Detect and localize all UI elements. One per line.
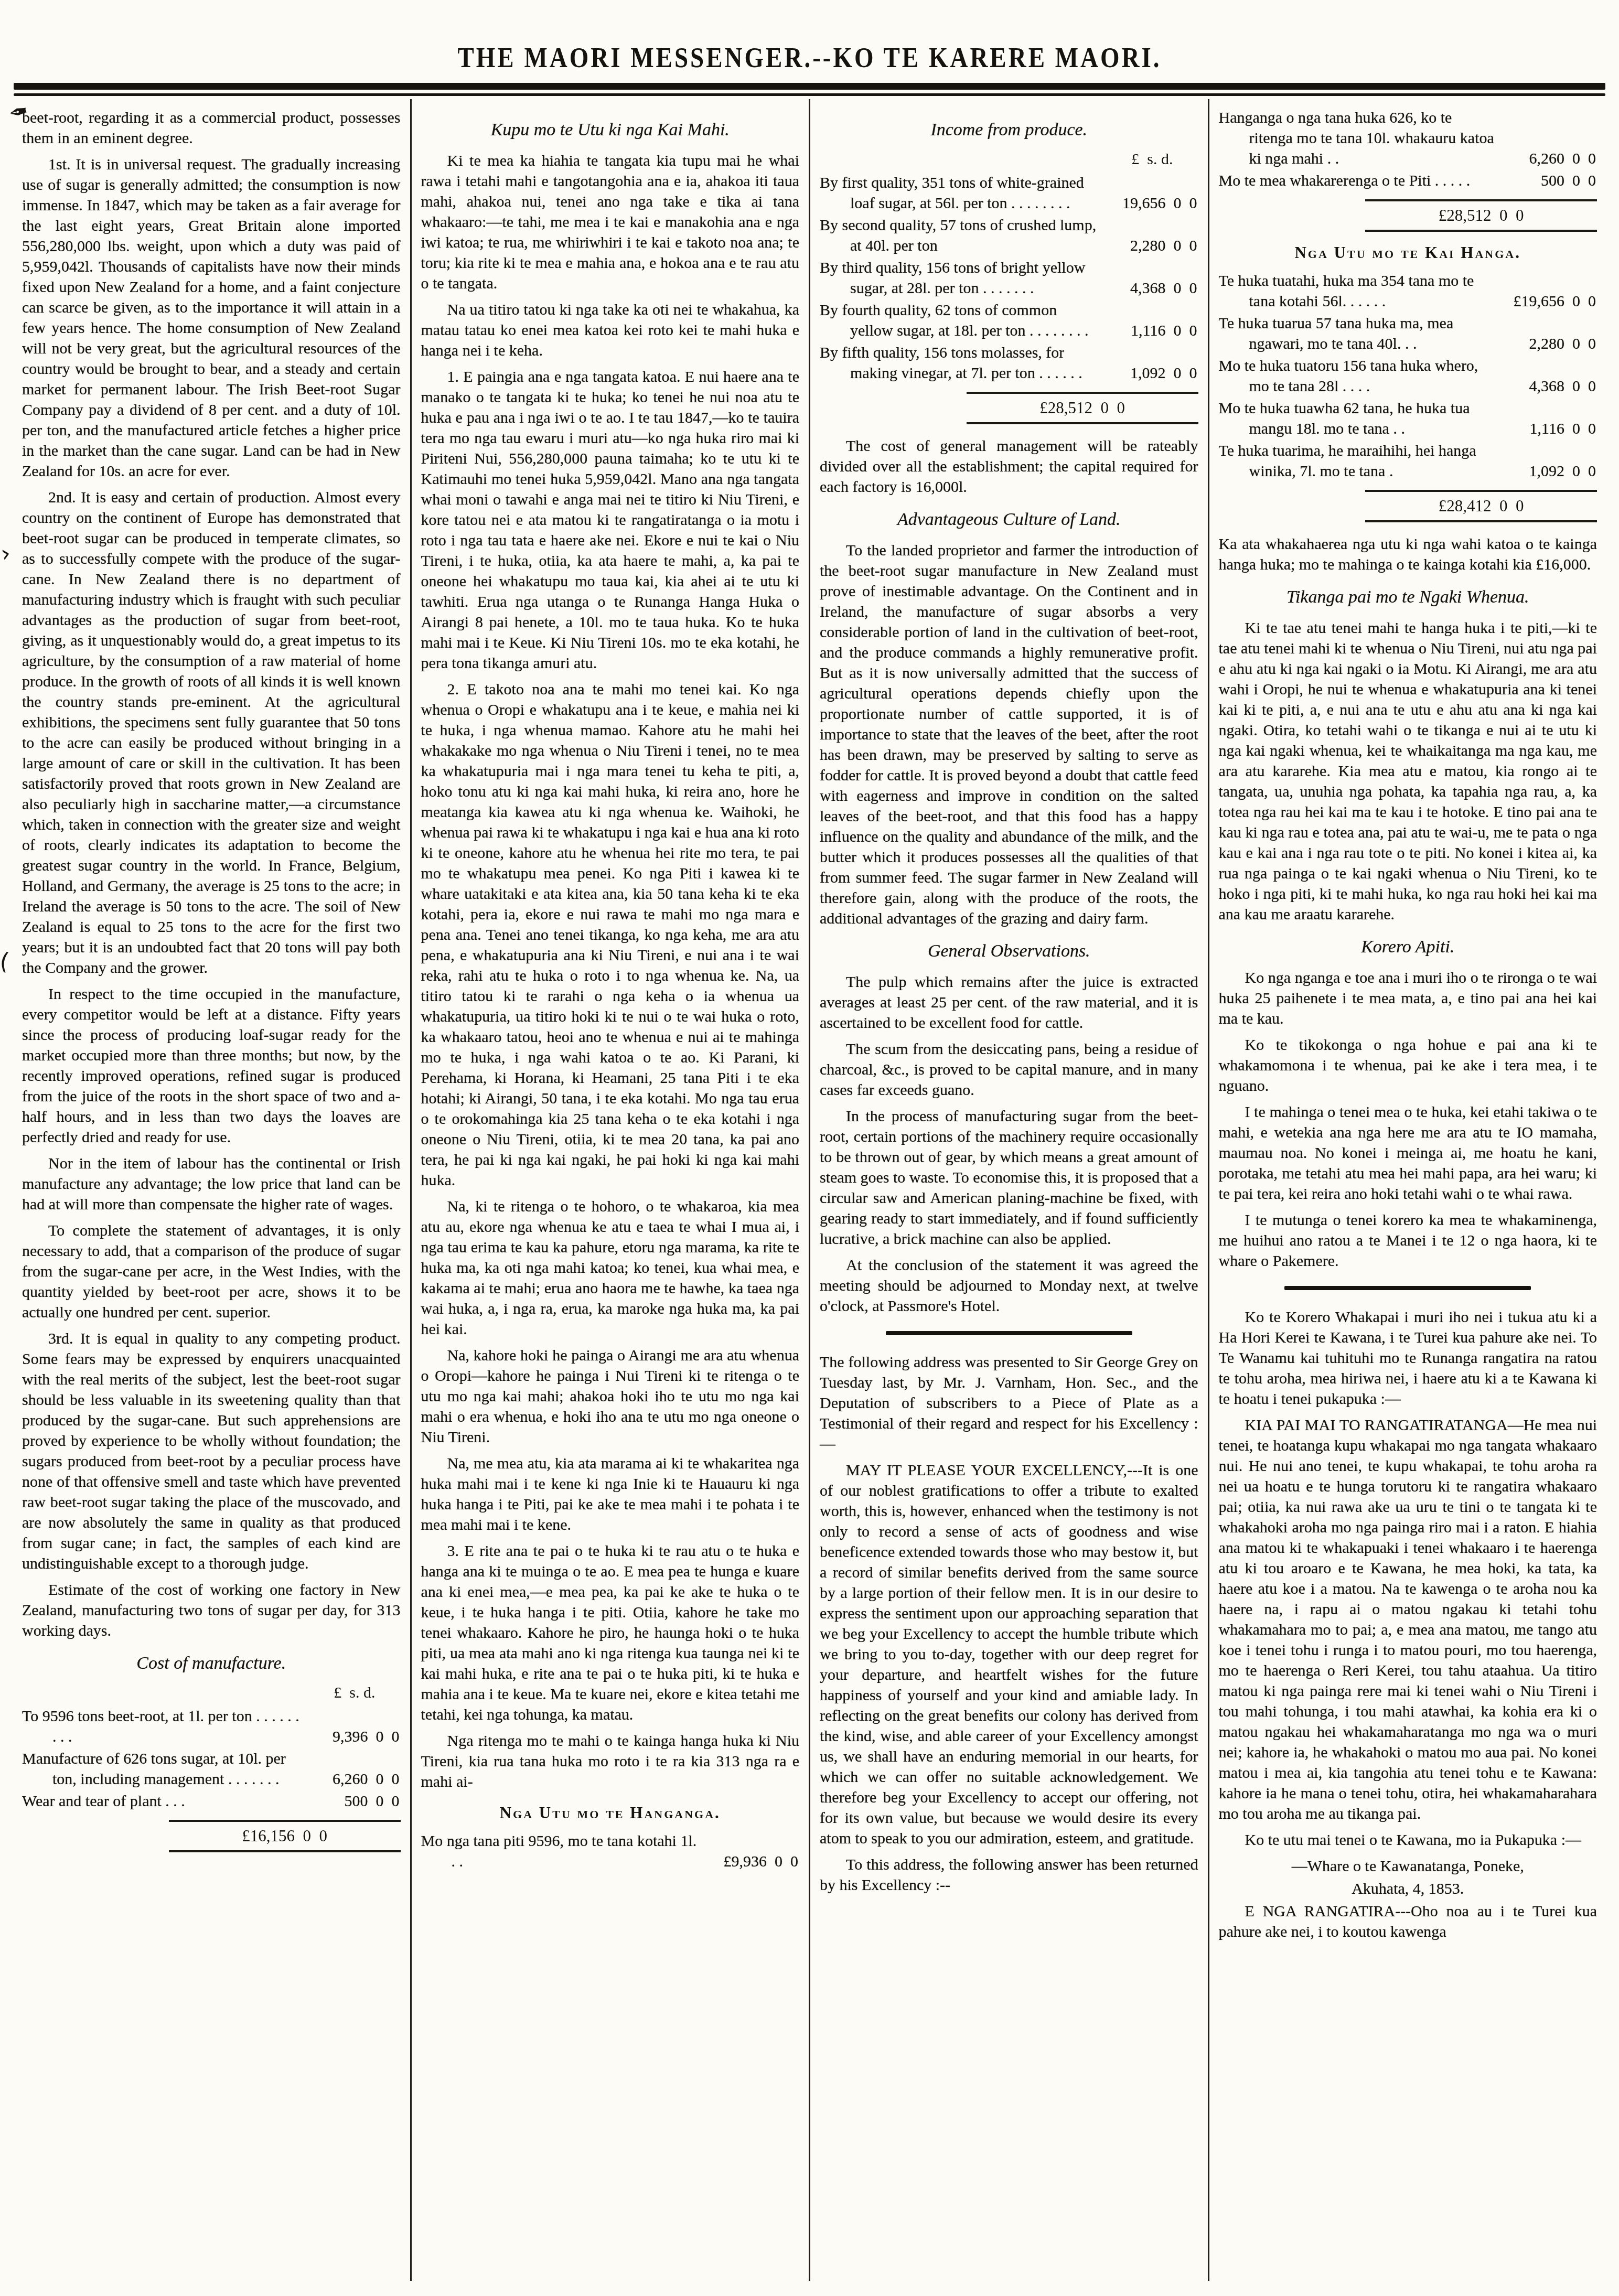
ledger-total: £28,512 0 0 bbox=[820, 392, 1198, 424]
paragraph: I te mutunga o tenei korero ka mea te wh… bbox=[1219, 1210, 1597, 1271]
ledger-row-amount: 9,396 0 0 bbox=[333, 1726, 400, 1747]
masthead-rule-thick bbox=[14, 83, 1605, 90]
paragraph: KIA PAI MAI TO RANGATIRATANGA—He mea nui… bbox=[1219, 1415, 1597, 1824]
paragraph: The cost of general management will be r… bbox=[820, 436, 1198, 497]
paragraph: Ki te tae atu tenei mahi te hanga huka i… bbox=[1219, 618, 1597, 925]
ledger-row: By third quality, 156 tons of bright yel… bbox=[820, 258, 1198, 298]
paragraph: Nga ritenga mo te mahi o te kainga hanga… bbox=[421, 1731, 800, 1792]
ledger-row-label: Te huka tuatahi, huka ma 354 tana mo te … bbox=[1219, 271, 1497, 312]
paragraph: The following address was presented to S… bbox=[820, 1352, 1198, 1454]
column-4: Hanganga o nga tana huka 626, ko te rite… bbox=[1208, 99, 1607, 2281]
ledger-total-amount: £28,412 0 0 bbox=[1365, 490, 1597, 522]
paragraph: MAY IT PLEASE YOUR EXCELLENCY,---It is o… bbox=[820, 1460, 1198, 1849]
ledger-row-amount: 1,116 0 0 bbox=[1530, 419, 1596, 439]
ledger-row-amount: 6,260 0 0 bbox=[1529, 148, 1596, 169]
newspaper-title: THE MAORI MESSENGER.--KO TE KARERE MAORI… bbox=[0, 41, 1619, 74]
masthead-rule-thin bbox=[14, 93, 1605, 96]
paragraph: 1st. It is in universal request. The gra… bbox=[22, 154, 401, 481]
paragraph: Nor in the item of labour has the contin… bbox=[22, 1153, 401, 1215]
ledger-row-label: Hanganga o nga tana huka 626, ko te rite… bbox=[1219, 108, 1497, 169]
ledger-row-label: By first quality, 351 tons of white-grai… bbox=[820, 173, 1098, 213]
section-heading: Income from produce. bbox=[820, 120, 1198, 140]
section-heading: Tikanga pai mo te Ngaki Whenua. bbox=[1219, 587, 1597, 607]
paragraph: E NGA RANGATIRA---Oho noa au i te Turei … bbox=[1219, 1901, 1597, 1942]
ledger-row-label: By fifth quality, 156 tons molasses, for… bbox=[820, 342, 1098, 383]
ledger-row-label: To 9596 tons beet-root, at 1l. per ton .… bbox=[22, 1706, 300, 1747]
column-2: Kupu mo te Utu ki nga Kai Mahi.Ki te mea… bbox=[410, 99, 809, 2281]
ledger-row: By fifth quality, 156 tons molasses, for… bbox=[820, 342, 1198, 383]
ledger-total: £28,512 0 0 bbox=[1219, 199, 1597, 232]
paragraph: The pulp which remains after the juice i… bbox=[820, 972, 1198, 1033]
section-divider bbox=[886, 1331, 1132, 1335]
ledger-row-label: By third quality, 156 tons of bright yel… bbox=[820, 258, 1098, 298]
ledger-row-amount: 4,368 0 0 bbox=[1130, 278, 1197, 298]
ledger-row-label: Mo nga tana piti 9596, mo te tana kotahi… bbox=[421, 1831, 699, 1872]
ledger-row: Te huka tuarua 57 tana huka ma, mea ngaw… bbox=[1219, 313, 1597, 354]
dateline: —Whare o te Kawanatanga, Poneke, bbox=[1219, 1856, 1597, 1876]
ledger-row-amount: 19,656 0 0 bbox=[1122, 193, 1197, 213]
ledger-row-amount: 500 0 0 bbox=[1541, 170, 1596, 191]
paragraph: The scum from the desiccating pans, bein… bbox=[820, 1039, 1198, 1100]
paragraph: In respect to the time occupied in the m… bbox=[22, 984, 401, 1147]
ledger-row-label: Manufacture of 626 tons sugar, at 10l. p… bbox=[22, 1748, 300, 1789]
paragraph: To complete the statement of advantages,… bbox=[22, 1220, 401, 1323]
section-heading: Nga Utu mo te Kai Hanga. bbox=[1219, 243, 1597, 262]
page-body: beet-root, regarding it as a commercial … bbox=[13, 99, 1606, 2281]
ledger-row-amount: 2,280 0 0 bbox=[1130, 235, 1197, 256]
paragraph: 2. E takoto noa ana te mahi mo tenei kai… bbox=[421, 679, 800, 1190]
paragraph: Ka ata whakahaerea nga utu ki nga wahi k… bbox=[1219, 534, 1597, 575]
paragraph: Ko nga nganga e toe ana i muri iho o te … bbox=[1219, 968, 1597, 1029]
paragraph: Ko te Korero Whakapai i muri iho nei i t… bbox=[1219, 1307, 1597, 1409]
paragraph: 1. E paingia ana e nga tangata katoa. E … bbox=[421, 367, 800, 673]
paragraph: Ki te mea ka hiahia te tangata kia tupu … bbox=[421, 151, 800, 294]
ledger-row: To 9596 tons beet-root, at 1l. per ton .… bbox=[22, 1706, 401, 1747]
pen-tick-icon: › bbox=[0, 540, 13, 568]
currency-column-header: £ s. d. bbox=[22, 1684, 401, 1702]
masthead-rule bbox=[14, 83, 1605, 96]
pen-curve-icon: ( bbox=[0, 948, 11, 975]
ledger-row: Hanganga o nga tana huka 626, ko te rite… bbox=[1219, 108, 1597, 169]
ledger-row: By fourth quality, 62 tons of common yel… bbox=[820, 300, 1198, 341]
ledger-row-amount: 6,260 0 0 bbox=[333, 1769, 400, 1789]
ledger-total-amount: £16,156 0 0 bbox=[169, 1820, 401, 1852]
paragraph: Na, me mea atu, kia ata marama ai ki te … bbox=[421, 1453, 800, 1535]
ledger-total-amount: £28,512 0 0 bbox=[1365, 199, 1597, 232]
ledger-row-amount: 500 0 0 bbox=[345, 1791, 400, 1811]
masthead: THE MAORI MESSENGER.--KO TE KARERE MAORI… bbox=[0, 0, 1619, 96]
paragraph: Na ua titiro tatou ki nga take ka oti ne… bbox=[421, 299, 800, 361]
ledger-row: Te huka tuatahi, huka ma 354 tana mo te … bbox=[1219, 271, 1597, 312]
ledger-row-amount: 2,280 0 0 bbox=[1529, 334, 1596, 354]
ledger-row: Mo te mea whakarerenga o te Piti . . . .… bbox=[1219, 170, 1597, 191]
ledger-row-amount: 1,092 0 0 bbox=[1130, 363, 1197, 383]
paragraph: Na, ki te ritenga o te hohoro, o te whak… bbox=[421, 1196, 800, 1339]
section-heading: Cost of manufacture. bbox=[22, 1654, 401, 1673]
paragraph: 3rd. It is equal in quality to any compe… bbox=[22, 1328, 401, 1574]
ledger-row-amount: 4,368 0 0 bbox=[1529, 376, 1596, 396]
ledger-row-label: Mo te mea whakarerenga o te Piti . . . .… bbox=[1219, 170, 1497, 191]
ledger-row-label: Wear and tear of plant . . . bbox=[22, 1791, 300, 1811]
section-heading: Kupu mo te Utu ki nga Kai Mahi. bbox=[421, 120, 800, 140]
paragraph: At the conclusion of the statement it wa… bbox=[820, 1255, 1198, 1316]
ledger-row-label: Te huka tuarua 57 tana huka ma, mea ngaw… bbox=[1219, 313, 1497, 354]
ledger-row: Te huka tuarima, he maraihihi, hei hanga… bbox=[1219, 441, 1597, 481]
paragraph: Estimate of the cost of working one fact… bbox=[22, 1580, 401, 1641]
dateline: Akuhata, 4, 1853. bbox=[1219, 1879, 1597, 1899]
ledger-row: Manufacture of 626 tons sugar, at 10l. p… bbox=[22, 1748, 401, 1789]
paragraph: Na, kahore hoki he painga o Airangi me a… bbox=[421, 1345, 800, 1447]
currency-column-header: £ s. d. bbox=[820, 151, 1198, 168]
ledger-total: £28,412 0 0 bbox=[1219, 490, 1597, 522]
ledger-total: £16,156 0 0 bbox=[22, 1820, 401, 1852]
ledger-row-amount: £19,656 0 0 bbox=[1514, 291, 1596, 312]
paragraph: beet-root, regarding it as a commercial … bbox=[22, 108, 401, 148]
ledger-row-label: Mo te huka tuatoru 156 tana huka whero, … bbox=[1219, 356, 1497, 396]
ledger-row-label: By second quality, 57 tons of crushed lu… bbox=[820, 215, 1098, 256]
paragraph: Ko te tikokonga o nga hohue e pai ana ki… bbox=[1219, 1035, 1597, 1096]
ledger-row-label: By fourth quality, 62 tons of common yel… bbox=[820, 300, 1098, 341]
ledger-row: Mo nga tana piti 9596, mo te tana kotahi… bbox=[421, 1831, 800, 1872]
ledger-row-label: Te huka tuarima, he maraihihi, hei hanga… bbox=[1219, 441, 1497, 481]
ledger-row-amount: £9,936 0 0 bbox=[724, 1851, 799, 1872]
section-divider bbox=[1284, 1286, 1531, 1290]
ledger-row: Mo te huka tuawha 62 tana, he huka tua m… bbox=[1219, 398, 1597, 439]
ledger-row-label: Mo te huka tuawha 62 tana, he huka tua m… bbox=[1219, 398, 1497, 439]
paragraph: I te mahinga o tenei mea o te huka, kei … bbox=[1219, 1102, 1597, 1204]
column-3: Income from produce.£ s. d.By first qual… bbox=[809, 99, 1208, 2281]
paragraph: 2nd. It is easy and certain of productio… bbox=[22, 487, 401, 978]
paragraph: To this address, the following answer ha… bbox=[820, 1854, 1198, 1895]
ledger-row: By second quality, 57 tons of crushed lu… bbox=[820, 215, 1198, 256]
ledger-row-amount: 1,092 0 0 bbox=[1529, 461, 1596, 481]
ledger-total-amount: £28,512 0 0 bbox=[967, 392, 1198, 424]
section-heading: Advantageous Culture of Land. bbox=[820, 510, 1198, 530]
section-heading: Korero Apiti. bbox=[1219, 937, 1597, 957]
section-heading: Nga Utu mo te Hanganga. bbox=[421, 1804, 800, 1822]
ledger-row-amount: 1,116 0 0 bbox=[1131, 320, 1197, 341]
paragraph: To the landed proprietor and farmer the … bbox=[820, 540, 1198, 929]
ledger-row: Mo te huka tuatoru 156 tana huka whero, … bbox=[1219, 356, 1597, 396]
paragraph: 3. E rite ana te pai o te huka ki te rau… bbox=[421, 1541, 800, 1725]
newspaper-page: THE MAORI MESSENGER.--KO TE KARERE MAORI… bbox=[0, 0, 1619, 2296]
column-1: beet-root, regarding it as a commercial … bbox=[13, 99, 410, 2281]
section-heading: General Observations. bbox=[820, 941, 1198, 961]
ledger-row: Wear and tear of plant . . .500 0 0 bbox=[22, 1791, 401, 1811]
paragraph: In the process of manufacturing sugar fr… bbox=[820, 1106, 1198, 1249]
ledger-row: By first quality, 351 tons of white-grai… bbox=[820, 173, 1198, 213]
paragraph: Ko te utu mai tenei o te Kawana, mo ia P… bbox=[1219, 1830, 1597, 1850]
